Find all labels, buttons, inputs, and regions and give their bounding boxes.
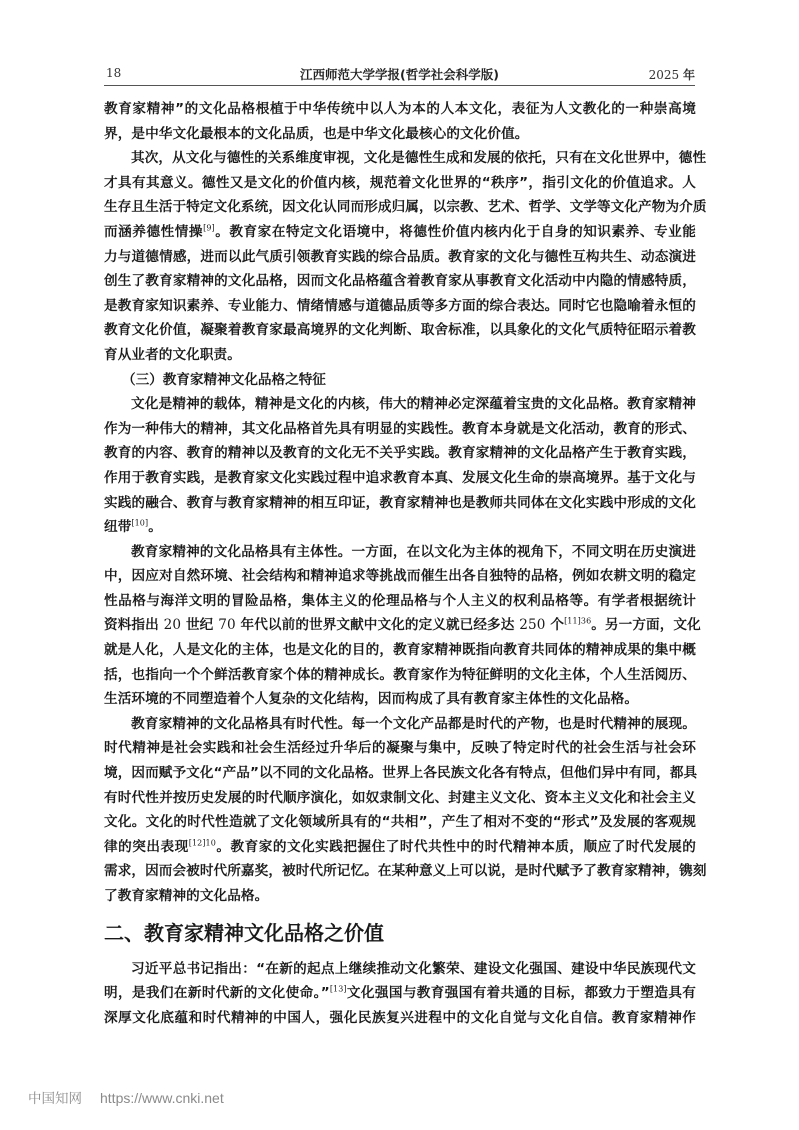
text-line: 文化。文化的时代性造就了文化领域所具有的“共相”，产生了相对不变的“形式”及发展… bbox=[104, 810, 696, 835]
text-line: 中，因应对自然环境、社会结构和精神追求等挑战而催生出各自独特的品格，例如农耕文明… bbox=[104, 564, 696, 589]
text-line: 而涵养德性情操[9]。教育家在特定文化语境中，将德性价值内核内化于自身的知识素养… bbox=[104, 220, 696, 245]
text-line: 需求，因而会被时代所嘉奖，被时代所记忆。在某种意义上可以说，是时代赋予了教育家精… bbox=[104, 859, 696, 884]
watermark-footer: 中国知网https://www.cnki.net bbox=[28, 1087, 224, 1107]
text-line: 了教育家精神的文化品格。 bbox=[104, 884, 696, 909]
text-line: 境，因而赋予文化“产品”以不同的文化品格。世界上各民族文化各有特点，但他们异中有… bbox=[104, 761, 696, 786]
text-line: 括，也指向一个个鲜活教育家个体的精神成长。教育家作为特征鲜明的文化主体，个人生活… bbox=[104, 663, 696, 688]
text-line: 资料指出 20 世纪 70 年代以前的世界文献中文化的定义就已经多达 250 个… bbox=[104, 613, 696, 638]
text-line: 性品格与海洋文明的冒险品格，集体主义的伦理品格与个人主义的权利品格等。有学者根据… bbox=[104, 589, 696, 614]
text-line: 教育的内容、教育的精神以及教育的文化无不关乎实践。教育家精神的文化品格产生于教育… bbox=[104, 441, 696, 466]
text-line: 才具有其意义。德性又是文化的价值内核，规范着文化世界的“秩序”，指引文化的价值追… bbox=[104, 171, 696, 196]
citation[interactable]: [12]10 bbox=[189, 838, 216, 847]
text-line: 教育家精神”的文化品格根植于中华传统中以人为本的人本文化，表征为人文教化的一种崇… bbox=[104, 97, 696, 122]
text-line: 力与道德情感，进而以此气质引领教育实践的综合品质。教育家的文化与德性互构共生、动… bbox=[104, 245, 696, 270]
text-line: 生存且生活于特定文化系统，因文化认同而形成归属，以宗教、艺术、哲学、文学等文化产… bbox=[104, 195, 696, 220]
text-line: 就是人化，人是文化的主体，也是文化的目的，教育家精神既指向教育共同体的精神成果的… bbox=[104, 638, 696, 663]
text-line: 育从业者的文化职责。 bbox=[104, 343, 696, 368]
text-line: 习近平总书记指出：“在新的起点上继续推动文化繁荣、建设文化强国、建设中华民族现代… bbox=[104, 957, 696, 982]
text-line: 有时代性并按历史发展的时代顺序演化，如奴隶制文化、封建主义文化、资本主义文化和社… bbox=[104, 786, 696, 811]
text-line: 作为一种伟大的精神，其文化品格首先具有明显的实践性。教育本身就是文化活动，教育的… bbox=[104, 417, 696, 442]
text-line: 作用于教育实践，是教育家文化实践过程中追求教育本真、发展文化生命的崇高境界。基于… bbox=[104, 466, 696, 491]
text-line: 教育家精神的文化品格具有主体性。一方面，在以文化为主体的视角下，不同文明在历史演… bbox=[104, 540, 696, 565]
text-line: 教育家精神的文化品格具有时代性。每一个文化产品都是时代的产物，也是时代精神的展现… bbox=[104, 712, 696, 737]
text-line: 深厚文化底蕴和时代精神的中国人，强化民族复兴进程中的文化自觉与文化自信。教育家精… bbox=[104, 1006, 696, 1031]
text-line: 时代精神是社会实践和社会生活经过升华后的凝聚与集中，反映了特定时代的社会生活与社… bbox=[104, 736, 696, 761]
text-line: 其次，从文化与德性的关系维度审视，文化是德性生成和发展的依托，只有在文化世界中，… bbox=[104, 146, 696, 171]
site-url[interactable]: https://www.cnki.net bbox=[100, 1090, 224, 1106]
text-line: 明，是我们在新时代新的文化使命。”[13]文化强国与教育强国有着共通的目标，都致… bbox=[104, 981, 696, 1006]
text-line: 律的突出表现[12]10。教育家的文化实践把握住了时代共性中的时代精神本质，顺应… bbox=[104, 835, 696, 860]
citation[interactable]: [9] bbox=[203, 223, 215, 232]
citation[interactable]: [10] bbox=[131, 519, 148, 528]
text-line: 纽带[10]。 bbox=[104, 515, 696, 540]
section-heading: 二、教育家精神文化品格之价值 bbox=[104, 911, 696, 955]
citation[interactable]: [11]36 bbox=[564, 617, 591, 626]
text-line: 实践的融合、教育与教育家精神的相互印证，教育家精神也是教师共同体在文化实践中形成… bbox=[104, 491, 696, 516]
article-body: 教育家精神”的文化品格根植于中华传统中以人为本的人本文化，表征为人文教化的一种崇… bbox=[104, 97, 696, 1030]
publication-year: 2025 年 bbox=[649, 66, 695, 83]
citation[interactable]: [13] bbox=[330, 985, 347, 994]
site-name: 中国知网 bbox=[28, 1091, 82, 1107]
running-header: 18 江西师范大学学报(哲学社会科学版) 2025 年 bbox=[104, 63, 695, 86]
section-subheading: （三）教育家精神文化品格之特征 bbox=[104, 368, 696, 393]
text-line: 教育文化价值，凝聚着教育家最高境界的文化判断、取舍标准，以具象化的文化气质特征昭… bbox=[104, 318, 696, 343]
text-line: 生活环境的不同塑造着个人复杂的文化结构，因而构成了具有教育家主体性的文化品格。 bbox=[104, 687, 696, 712]
text-line: 文化是精神的载体，精神是文化的内核，伟大的精神必定深蕴着宝贵的文化品格。教育家精… bbox=[104, 392, 696, 417]
text-line: 是教育家知识素养、专业能力、情绪情感与道德品质等多方面的综合表达。同时它也隐喻着… bbox=[104, 294, 696, 319]
text-line: 创生了教育家精神的文化品格，因而文化品格蕴含着教育家从事教育文化活动中内隐的情感… bbox=[104, 269, 696, 294]
journal-title: 江西师范大学学报(哲学社会科学版) bbox=[104, 65, 695, 83]
text-line: 界，是中华文化最根本的文化品质，也是中华文化最核心的文化价值。 bbox=[104, 122, 696, 147]
